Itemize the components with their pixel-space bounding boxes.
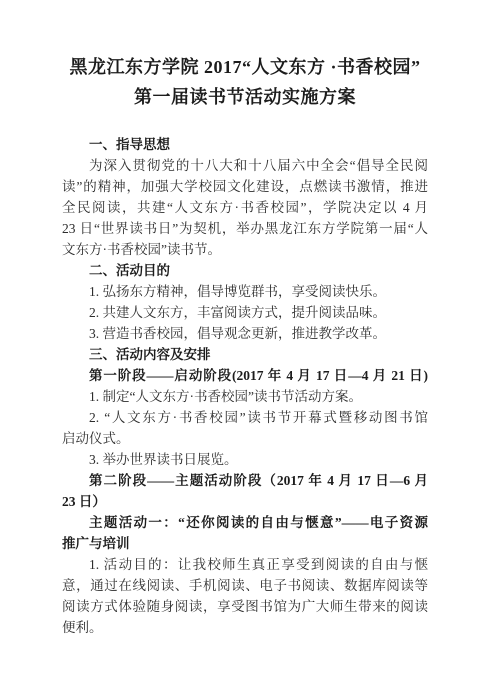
- document-title: 黑龙江东方学院 2017“人文东方 ·书香校园” 第一届读书节活动实施方案: [62, 52, 428, 112]
- document-title-line-2: 第一届读书节活动实施方案: [62, 82, 428, 112]
- text-line: 全民阅读，共建“人文东方·书香校园”，学院决定以 4 月: [62, 197, 428, 218]
- text-line: 推广与培训: [62, 533, 428, 554]
- text-line: 一、指导思想: [62, 134, 428, 155]
- text-line: 1. 弘扬东方精神，倡导博览群书，享受阅读快乐。: [62, 281, 428, 302]
- text-line: 二、活动目的: [62, 260, 428, 281]
- text-line: 三、活动内容及安排: [62, 344, 428, 365]
- text-line: 2. 共建人文东方，丰富阅读方式，提升阅读品味。: [62, 302, 428, 323]
- document-body: 一、指导思想为深入贯彻党的十八大和十八届六中全会“倡导全民阅读”的精神，加强大学…: [62, 134, 428, 638]
- text-line: 第一阶段——启动阶段(2017 年 4 月 17 日—4 月 21 日): [62, 365, 428, 386]
- text-line: 3. 举办世界读书日展览。: [62, 449, 428, 470]
- text-line: 2. “人文东方·书香校园”读书节开幕式暨移动图书馆: [62, 407, 428, 428]
- text-line: 读”的精神，加强大学校园文化建设，点燃读书激情，推进: [62, 176, 428, 197]
- text-line: 23 日）: [62, 491, 428, 512]
- text-line: 文东方·书香校园”读书节。: [62, 239, 428, 260]
- text-line: 主题活动一：“还你阅读的自由与惬意”——电子资源: [62, 512, 428, 533]
- text-line: 启动仪式。: [62, 428, 428, 449]
- text-line: 第二阶段——主题活动阶段（2017 年 4 月 17 日—6 月: [62, 470, 428, 491]
- text-line: 便利。: [62, 617, 428, 638]
- document-page: 黑龙江东方学院 2017“人文东方 ·书香校园” 第一届读书节活动实施方案 一、…: [0, 0, 480, 680]
- text-line: 1. 制定“人文东方·书香校园”读书节活动方案。: [62, 386, 428, 407]
- document-title-line-1: 黑龙江东方学院 2017“人文东方 ·书香校园”: [62, 52, 428, 82]
- text-line: 意，通过在线阅读、手机阅读、电子书阅读、数据库阅读等: [62, 575, 428, 596]
- text-line: 23 日“世界读书日”为契机，举办黑龙江东方学院第一届“人: [62, 218, 428, 239]
- text-line: 3. 营造书香校园，倡导观念更新，推进教学改革。: [62, 323, 428, 344]
- text-line: 为深入贯彻党的十八大和十八届六中全会“倡导全民阅: [62, 155, 428, 176]
- text-line: 阅读方式体验随身阅读，享受图书馆为广大师生带来的阅读: [62, 596, 428, 617]
- text-line: 1. 活动目的：让我校师生真正享受到阅读的自由与惬: [62, 554, 428, 575]
